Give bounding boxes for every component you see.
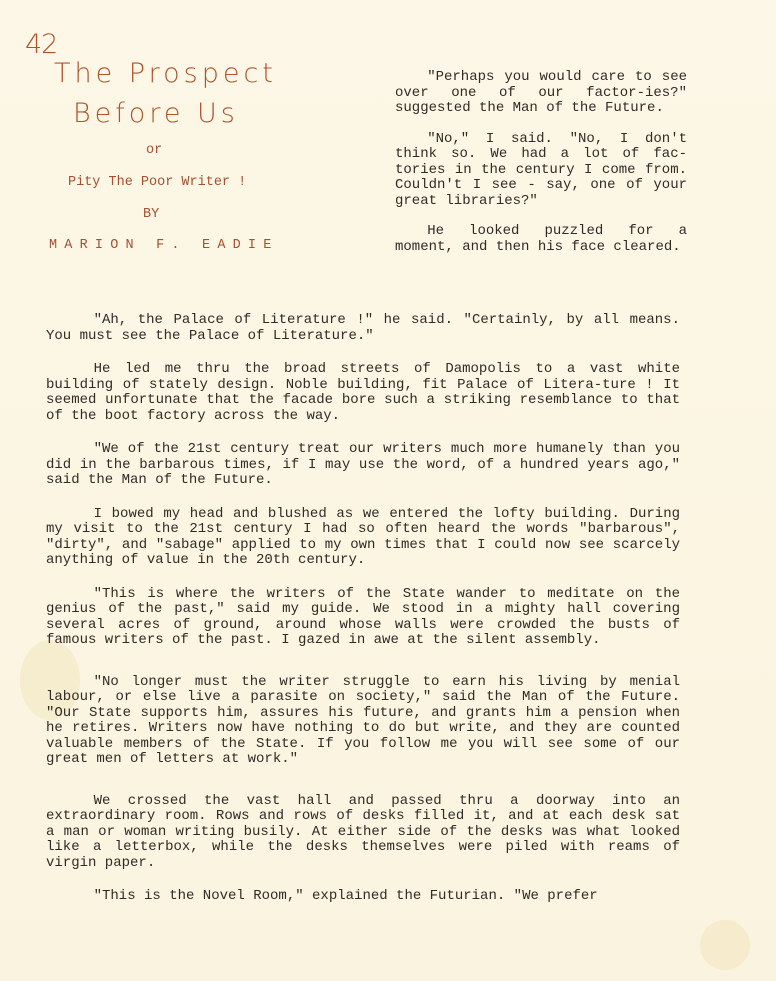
paragraph: "This is the Novel Room," explained the … — [46, 889, 680, 905]
paragraph: He looked puzzled for a moment, and then… — [395, 224, 687, 255]
byline-label: BY — [143, 207, 159, 222]
subtitle-or: or — [146, 143, 162, 158]
title-line-1: The Prospect — [54, 58, 277, 89]
page-number: 42 — [25, 29, 57, 60]
title-line-2: Before Us — [73, 98, 239, 129]
paragraph: He led me thru the broad streets of Damo… — [46, 362, 680, 424]
subtitle: Pity The Poor Writer ! — [68, 175, 246, 190]
body-text: "Ah, the Palace of Literature !" he said… — [46, 313, 680, 921]
paragraph: I bowed my head and blushed as we entere… — [46, 507, 680, 569]
author-name: MARION F. EADIE — [49, 238, 279, 253]
right-column: "Perhaps you would care to see over one … — [395, 70, 687, 270]
paragraph: "We of the 21st century treat our writer… — [46, 442, 680, 489]
paragraph: We crossed the vast hall and passed thru… — [46, 794, 680, 872]
paragraph: "This is where the writers of the State … — [46, 587, 680, 649]
document-page: 42 The Prospect Before Us or Pity The Po… — [0, 0, 776, 981]
paragraph: "Ah, the Palace of Literature !" he said… — [46, 313, 680, 344]
paragraph: "Perhaps you would care to see over one … — [395, 70, 687, 117]
paragraph: "No longer must the writer struggle to e… — [46, 675, 680, 768]
paragraph: "No," I said. "No, I don't think so. We … — [395, 132, 687, 210]
paper-stain — [700, 920, 750, 970]
